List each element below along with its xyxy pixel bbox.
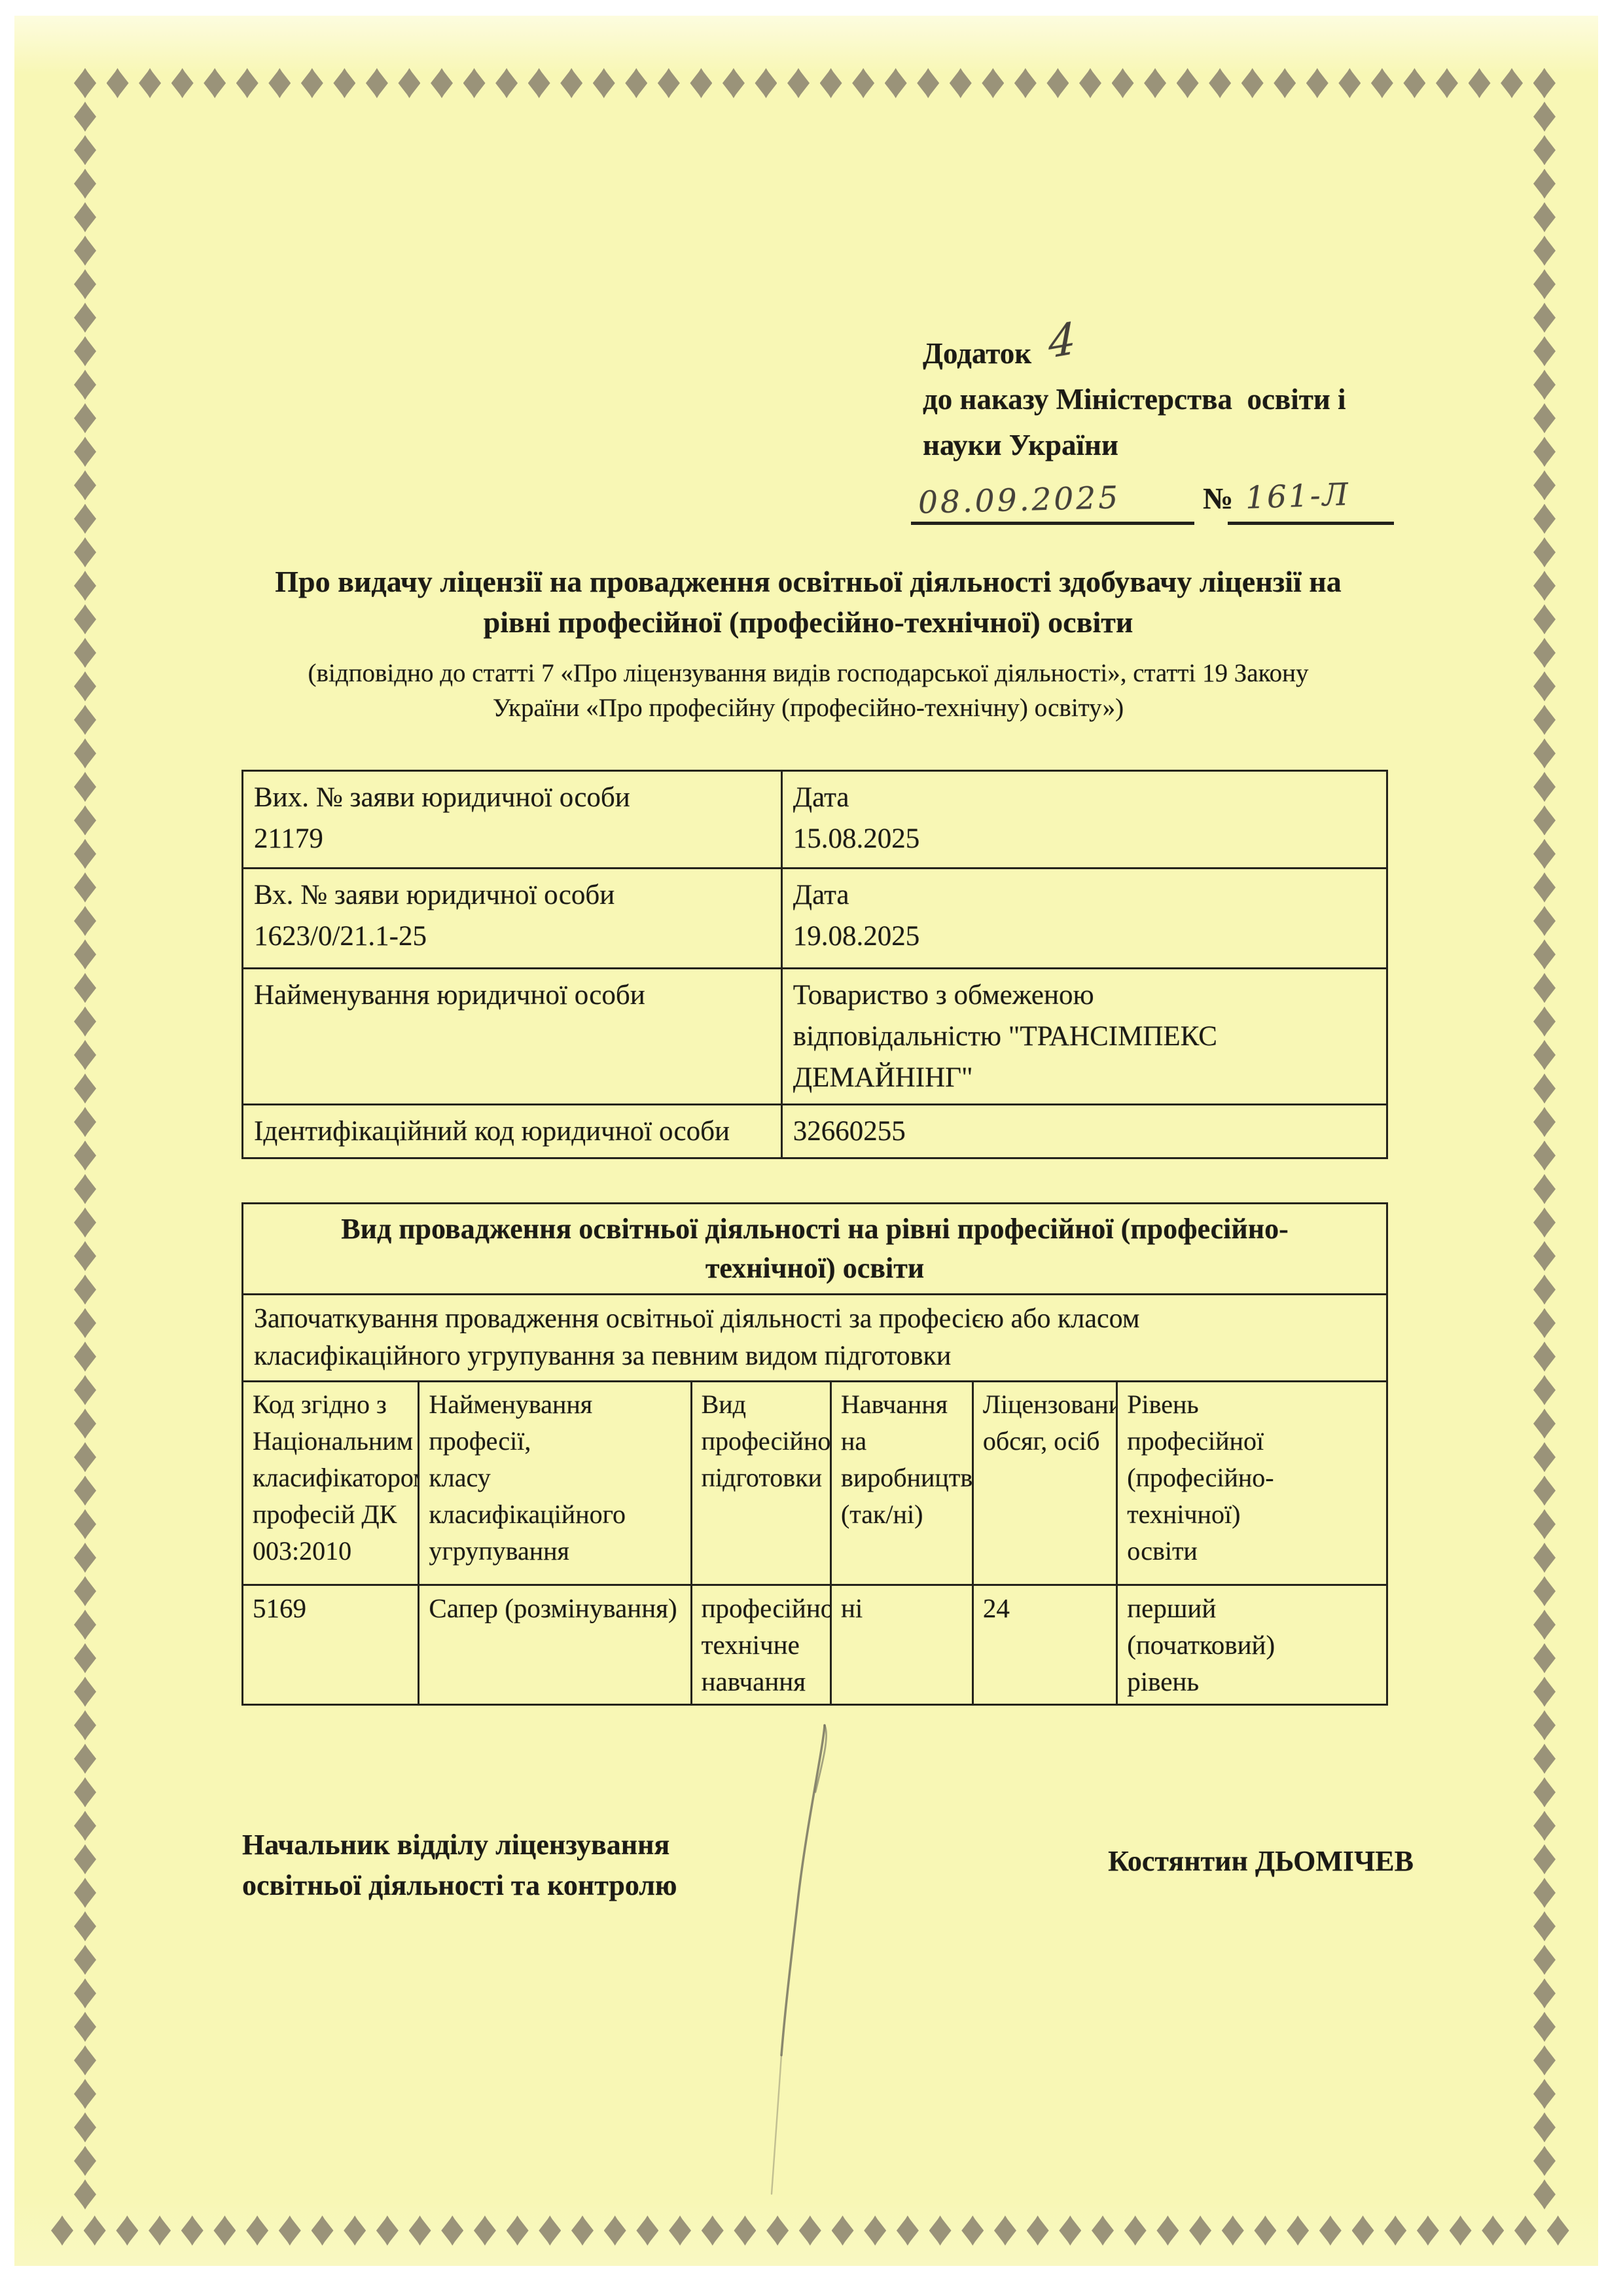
- handwritten-date: 08.09.2025: [918, 480, 1120, 521]
- diamond-icon: [74, 1408, 96, 1439]
- diamond-icon: [1156, 2215, 1179, 2246]
- diamond-icon: [885, 68, 907, 98]
- order-number-line: 08.09.2025 № 161-Л: [913, 480, 1423, 532]
- diamond-icon: [852, 68, 874, 98]
- diamond-icon: [1533, 939, 1556, 969]
- diamond-icon: [1533, 1710, 1556, 1740]
- number-underline: [1228, 522, 1394, 525]
- diamond-icon: [74, 1375, 96, 1405]
- diamond-icon: [734, 2215, 756, 2246]
- diamond-icon: [1533, 169, 1556, 199]
- diamond-icon: [74, 101, 96, 132]
- table-row: Вих. № заяви юридичної особи 21179 Дата …: [243, 771, 1387, 869]
- diamond-icon: [1533, 1979, 1556, 2009]
- diamond-icon: [74, 302, 96, 332]
- diamond-icon: [74, 1744, 96, 1774]
- signatory-name: Костянтин ДЬОМІЧЕВ: [916, 1844, 1414, 1878]
- table-cell: 32660255: [781, 1105, 1387, 1158]
- diamond-icon: [961, 2215, 984, 2246]
- diamond-icon: [74, 1007, 96, 1037]
- diamond-icon: [171, 68, 194, 98]
- diamond-icon: [74, 437, 96, 467]
- diamond-icon: [149, 2215, 171, 2246]
- diamond-icon: [74, 672, 96, 702]
- diamond-icon: [1533, 1007, 1556, 1037]
- table-row: Ідентифікаційний код юридичної особи 326…: [243, 1105, 1387, 1158]
- diamond-icon: [799, 2215, 821, 2246]
- diamond-icon: [1533, 437, 1556, 467]
- diamond-icon: [1533, 1911, 1556, 1941]
- diamond-icon: [1352, 2215, 1374, 2246]
- diamond-icon: [1533, 604, 1556, 634]
- diamond-icon: [366, 68, 388, 98]
- diamond-icon: [74, 571, 96, 601]
- diamond-icon: [1533, 1274, 1556, 1304]
- diamond-icon: [74, 2146, 96, 2176]
- diamond-icon: [1533, 973, 1556, 1003]
- diamond-icon: [1124, 2215, 1147, 2246]
- diamond-icon: [74, 336, 96, 367]
- document-subtitle: (відповідно до статті 7 «Про ліцензуванн…: [236, 656, 1381, 725]
- diamond-icon: [139, 68, 161, 98]
- diamond-icon: [1533, 2012, 1556, 2042]
- table-row: Вх. № заяви юридичної особи 1623/0/21.1-…: [243, 869, 1387, 969]
- diamond-icon: [1533, 1777, 1556, 1807]
- diamond-icon: [787, 68, 810, 98]
- diamond-icon: [74, 202, 96, 232]
- diamond-icon: [312, 2215, 334, 2246]
- diamond-icon: [1533, 872, 1556, 903]
- diamond-icon: [1371, 68, 1393, 98]
- diamond-icon: [74, 470, 96, 500]
- diamond-icon: [74, 2079, 96, 2109]
- license-table-caption: Вид провадження освітньої діяльності на …: [243, 1204, 1387, 1295]
- diamond-icon: [246, 2215, 268, 2246]
- diamond-icon: [1533, 2146, 1556, 2176]
- diamond-icon: [74, 537, 96, 567]
- diamond-icon: [1533, 403, 1556, 433]
- diamond-icon: [74, 1274, 96, 1304]
- diamond-icon: [74, 872, 96, 903]
- diamond-icon: [74, 2112, 96, 2142]
- diamond-icon: [116, 2215, 138, 2246]
- diamond-icon: [74, 1777, 96, 1807]
- diamond-icon: [1533, 470, 1556, 500]
- diamond-icon: [74, 1543, 96, 1573]
- border-bottom-diamonds: [51, 2215, 1569, 2246]
- diamond-icon: [107, 68, 129, 98]
- diamond-icon: [1222, 2215, 1244, 2246]
- diamond-icon: [74, 1979, 96, 2009]
- diamond-icon: [1092, 2215, 1114, 2246]
- diamond-icon: [74, 604, 96, 634]
- signature-stroke: [726, 1702, 870, 2212]
- diamond-icon: [1533, 705, 1556, 735]
- diamond-icon: [495, 68, 518, 98]
- diamond-icon: [722, 68, 745, 98]
- diamond-icon: [1533, 1141, 1556, 1171]
- diamond-icon: [301, 68, 323, 98]
- handwritten-order-number: 161-Л: [1245, 476, 1351, 516]
- diamond-icon: [74, 1609, 96, 1640]
- diamond-icon: [344, 2215, 366, 2246]
- diamond-icon: [1059, 2215, 1081, 2246]
- diamond-icon: [982, 68, 1004, 98]
- diamond-icon: [1274, 68, 1296, 98]
- diamond-icon: [755, 68, 777, 98]
- diamond-icon: [1533, 1342, 1556, 1372]
- diamond-icon: [820, 68, 842, 98]
- diamond-icon: [929, 2215, 952, 2246]
- diamond-icon: [1338, 68, 1361, 98]
- handwritten-annex-number: 4: [1049, 319, 1076, 363]
- diamond-icon: [74, 2045, 96, 2075]
- diamond-icon: [1533, 2179, 1556, 2210]
- diamond-icon: [1254, 2215, 1276, 2246]
- column-header: Код згідно з Національним класифікатором…: [243, 1382, 419, 1585]
- table-row: Найменування юридичної особи Товариство …: [243, 969, 1387, 1105]
- license-table-subcaption: Започаткування провадження освітньої дія…: [243, 1295, 1387, 1382]
- diamond-icon: [74, 1945, 96, 1975]
- diamond-icon: [1533, 672, 1556, 702]
- diamond-icon: [74, 705, 96, 735]
- diamond-icon: [74, 1208, 96, 1238]
- diamond-icon: [1533, 1509, 1556, 1539]
- diamond-icon: [213, 2215, 236, 2246]
- diamond-icon: [74, 269, 96, 299]
- diamond-icon: [1417, 2215, 1439, 2246]
- diamond-icon: [1533, 1744, 1556, 1774]
- diamond-icon: [74, 370, 96, 400]
- table-header-row: Код згідно з Національним класифікатором…: [243, 1382, 1387, 1585]
- diamond-icon: [74, 1141, 96, 1171]
- diamond-icon: [1533, 302, 1556, 332]
- diamond-icon: [1533, 1208, 1556, 1238]
- table-cell: Вх. № заяви юридичної особи 1623/0/21.1-…: [243, 869, 782, 969]
- column-header: Ліцензований обсяг, осіб: [972, 1382, 1116, 1585]
- border-top-diamonds: [74, 68, 1556, 98]
- diamond-icon: [74, 403, 96, 433]
- annex-ministry-line: науки України: [923, 422, 1420, 468]
- diamond-icon: [897, 2215, 919, 2246]
- diamond-icon: [1533, 370, 1556, 400]
- diamond-icon: [1547, 2215, 1569, 2246]
- diamond-icon: [864, 2215, 886, 2246]
- diamond-icon: [560, 68, 582, 98]
- diamond-icon: [1533, 2079, 1556, 2109]
- diamond-icon: [1533, 1308, 1556, 1338]
- diamond-icon: [593, 68, 615, 98]
- diamond-icon: [74, 2012, 96, 2042]
- column-header: Вид професійної підготовки: [691, 1382, 830, 1585]
- table-cell: Дата 15.08.2025: [781, 771, 1387, 869]
- diamond-icon: [236, 68, 259, 98]
- diamond-icon: [766, 2215, 789, 2246]
- diamond-icon: [74, 1811, 96, 1841]
- diamond-icon: [1533, 1442, 1556, 1472]
- diamond-icon: [1319, 2215, 1342, 2246]
- diamond-icon: [1046, 68, 1069, 98]
- table-cell: 5169: [243, 1585, 419, 1705]
- diamond-icon: [1533, 504, 1556, 534]
- diamond-icon: [1533, 1844, 1556, 1874]
- diamond-icon: [463, 68, 486, 98]
- diamond-icon: [441, 2215, 463, 2246]
- diamond-icon: [74, 1476, 96, 1506]
- diamond-icon: [507, 2215, 529, 2246]
- diamond-icon: [74, 1107, 96, 1137]
- diamond-icon: [333, 68, 355, 98]
- diamond-icon: [74, 1677, 96, 1707]
- diamond-icon: [1533, 1878, 1556, 1908]
- diamond-icon: [950, 68, 972, 98]
- diamond-icon: [1533, 1375, 1556, 1405]
- column-header: Найменування професії, класу класифікаці…: [419, 1382, 691, 1585]
- diamond-icon: [690, 68, 712, 98]
- diamond-icon: [376, 2215, 399, 2246]
- diamond-icon: [74, 1643, 96, 1674]
- annex-order-line: до наказу Міністерства освіти і: [923, 376, 1420, 422]
- diamond-icon: [1287, 2215, 1309, 2246]
- diamond-icon: [74, 1174, 96, 1204]
- diamond-icon: [431, 68, 453, 98]
- diamond-icon: [1533, 1241, 1556, 1271]
- table-cell: ні: [830, 1585, 972, 1705]
- table-cell: Ідентифікаційний код юридичної особи: [243, 1105, 782, 1158]
- diamond-icon: [1533, 1476, 1556, 1506]
- diamond-icon: [669, 2215, 691, 2246]
- diamond-icon: [1533, 637, 1556, 668]
- diamond-icon: [1533, 1945, 1556, 1975]
- diamond-icon: [571, 2215, 594, 2246]
- diamond-icon: [1533, 1107, 1556, 1137]
- diamond-icon: [1177, 68, 1199, 98]
- diamond-icon: [74, 2179, 96, 2210]
- diamond-icon: [1189, 2215, 1211, 2246]
- application-table: Вих. № заяви юридичної особи 21179 Дата …: [241, 770, 1388, 1159]
- diamond-icon: [1533, 2045, 1556, 2075]
- table-cell: перший (початковий) рівень: [1117, 1585, 1387, 1705]
- date-underline: [911, 522, 1194, 525]
- diamond-icon: [74, 973, 96, 1003]
- diamond-icon: [636, 2215, 658, 2246]
- diamond-icon: [1533, 1073, 1556, 1103]
- diamond-icon: [279, 2215, 301, 2246]
- diamond-icon: [1533, 839, 1556, 869]
- document-page: Додаток 4 до наказу Міністерства освіти …: [0, 0, 1623, 2296]
- table-subcaption-row: Започаткування провадження освітньої дія…: [243, 1295, 1387, 1382]
- diamond-icon: [409, 2215, 431, 2246]
- diamond-icon: [74, 504, 96, 534]
- diamond-icon: [658, 68, 680, 98]
- table-caption-row: Вид провадження освітньої діяльності на …: [243, 1204, 1387, 1295]
- diamond-icon: [1533, 336, 1556, 367]
- diamond-icon: [181, 2215, 204, 2246]
- diamond-icon: [1014, 68, 1037, 98]
- diamond-icon: [702, 2215, 724, 2246]
- diamond-icon: [204, 68, 226, 98]
- diamond-icon: [1533, 1408, 1556, 1439]
- diamond-icon: [1533, 2112, 1556, 2142]
- diamond-icon: [1533, 236, 1556, 266]
- diamond-icon: [74, 1576, 96, 1606]
- diamond-icon: [74, 939, 96, 969]
- diamond-icon: [1533, 1609, 1556, 1640]
- diamond-icon: [1469, 68, 1491, 98]
- diamond-icon: [74, 1342, 96, 1372]
- diamond-icon: [625, 68, 647, 98]
- diamond-icon: [1450, 2215, 1472, 2246]
- diamond-icon: [1533, 135, 1556, 165]
- table-cell: 24: [972, 1585, 1116, 1705]
- diamond-icon: [1533, 1040, 1556, 1070]
- diamond-icon: [1533, 202, 1556, 232]
- signatory-position: Начальник відділу ліцензування освітньої…: [242, 1825, 805, 1906]
- diamond-icon: [1241, 68, 1264, 98]
- diamond-icon: [74, 1241, 96, 1271]
- diamond-icon: [1482, 2215, 1504, 2246]
- license-table: Вид провадження освітньої діяльності на …: [241, 1202, 1388, 1706]
- diamond-icon: [74, 236, 96, 266]
- table-cell: професійно- технічне навчання: [691, 1585, 830, 1705]
- diamond-icon: [994, 2215, 1016, 2246]
- table-cell: Товариство з обмеженою відповідальністю …: [781, 969, 1387, 1105]
- diamond-icon: [604, 2215, 626, 2246]
- diamond-icon: [1209, 68, 1231, 98]
- diamond-icon: [1027, 2215, 1049, 2246]
- diamond-icon: [1384, 2215, 1406, 2246]
- diamond-icon: [398, 68, 420, 98]
- diamond-icon: [1533, 571, 1556, 601]
- diamond-icon: [74, 1911, 96, 1941]
- diamond-icon: [1533, 906, 1556, 936]
- number-sign: №: [1203, 481, 1233, 516]
- column-header: Навчання на виробництві (так/ні): [830, 1382, 972, 1585]
- document-title: Про видачу ліцензії на провадження освіт…: [229, 562, 1387, 643]
- diamond-icon: [74, 738, 96, 768]
- diamond-icon: [1533, 772, 1556, 802]
- diamond-icon: [74, 68, 96, 98]
- annex-label: Додаток: [923, 331, 1031, 376]
- diamond-icon: [1533, 1576, 1556, 1606]
- diamond-icon: [84, 2215, 106, 2246]
- annex-block: Додаток 4 до наказу Міністерства освіти …: [923, 331, 1420, 468]
- diamond-icon: [528, 68, 550, 98]
- diamond-icon: [74, 1878, 96, 1908]
- diamond-icon: [74, 637, 96, 668]
- diamond-icon: [51, 2215, 73, 2246]
- diamond-icon: [1533, 805, 1556, 835]
- diamond-icon: [74, 1073, 96, 1103]
- diamond-icon: [917, 68, 939, 98]
- diamond-icon: [74, 1040, 96, 1070]
- diamond-icon: [1533, 101, 1556, 132]
- border-left-diamonds: [74, 68, 96, 2210]
- diamond-icon: [832, 2215, 854, 2246]
- diamond-icon: [1533, 68, 1556, 98]
- table-cell: Дата 19.08.2025: [781, 869, 1387, 969]
- diamond-icon: [74, 1710, 96, 1740]
- diamond-icon: [74, 1308, 96, 1338]
- diamond-icon: [74, 169, 96, 199]
- diamond-icon: [1533, 1643, 1556, 1674]
- diamond-icon: [74, 772, 96, 802]
- diamond-icon: [474, 2215, 496, 2246]
- table-cell: Сапер (розмінування): [419, 1585, 691, 1705]
- diamond-icon: [74, 839, 96, 869]
- table-row: 5169 Сапер (розмінування) професійно- те…: [243, 1585, 1387, 1705]
- table-cell: Найменування юридичної особи: [243, 969, 782, 1105]
- diamond-icon: [74, 1442, 96, 1472]
- diamond-icon: [1533, 738, 1556, 768]
- border-right-diamonds: [1533, 68, 1556, 2210]
- table-cell: Вих. № заяви юридичної особи 21179: [243, 771, 782, 869]
- column-header: Рівень професійної (професійно- технічно…: [1117, 1382, 1387, 1585]
- diamond-icon: [1436, 68, 1458, 98]
- diamond-icon: [1079, 68, 1101, 98]
- diamond-icon: [1112, 68, 1134, 98]
- diamond-icon: [1144, 68, 1166, 98]
- diamond-icon: [1533, 1677, 1556, 1707]
- diamond-icon: [1533, 1174, 1556, 1204]
- diamond-icon: [1501, 68, 1523, 98]
- diamond-icon: [1533, 537, 1556, 567]
- diamond-icon: [74, 805, 96, 835]
- diamond-icon: [1533, 269, 1556, 299]
- diamond-icon: [74, 906, 96, 936]
- diamond-icon: [1306, 68, 1329, 98]
- diamond-icon: [539, 2215, 561, 2246]
- diamond-icon: [1403, 68, 1425, 98]
- diamond-icon: [1533, 1811, 1556, 1841]
- diamond-icon: [74, 1509, 96, 1539]
- diamond-icon: [1533, 1543, 1556, 1573]
- diamond-icon: [74, 135, 96, 165]
- diamond-icon: [1514, 2215, 1537, 2246]
- diamond-icon: [268, 68, 291, 98]
- diamond-icon: [74, 1844, 96, 1874]
